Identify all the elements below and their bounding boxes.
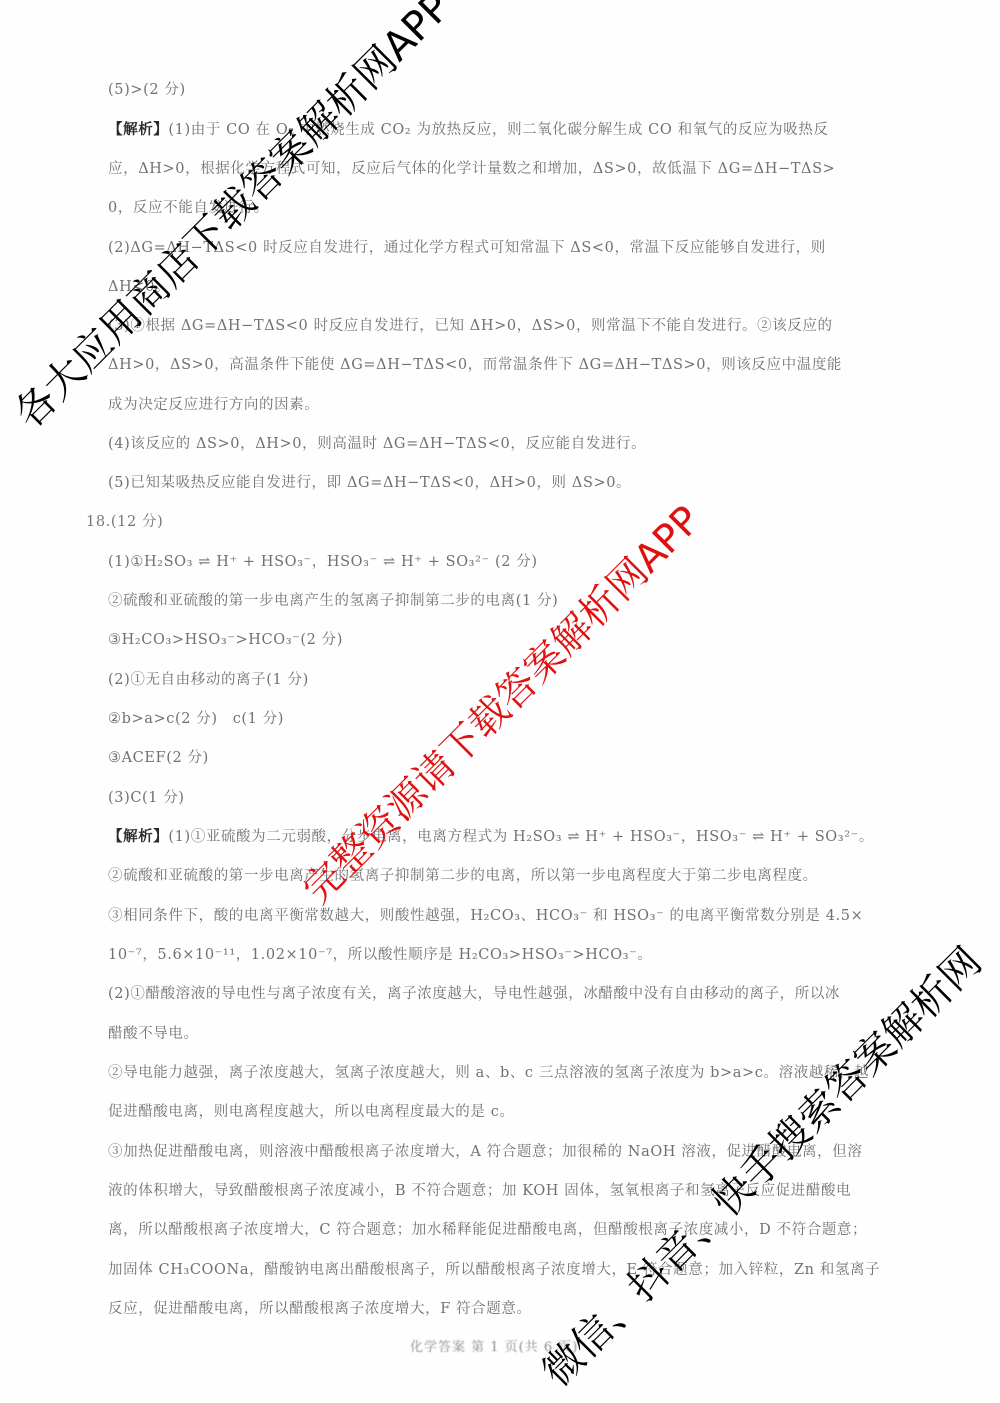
q18-header: 18.(12 分) — [86, 512, 163, 532]
line-text: (5)>(2 分) — [108, 82, 186, 98]
line-text: (1)①H₂SO₃ ⇌ H⁺ + HSO₃⁻，HSO₃⁻ ⇌ H⁺ + SO₃²… — [108, 554, 538, 570]
q18-3: (3)C(1 分) — [108, 788, 185, 808]
q18-2-1: (2)①无自由移动的离子(1 分) — [108, 670, 309, 690]
q18-analysis-3d: 加固体 CH₃COONa，醋酸钠电离出醋酸根离子，所以醋酸根离子浓度增大，E 符… — [108, 1260, 880, 1280]
q17-5-answer: (5)>(2 分) — [108, 80, 186, 100]
q18-2-2: ②b>a>c(2 分) c(1 分) — [108, 709, 284, 729]
analysis-tag: 【解析】 — [108, 121, 168, 138]
q18-analysis-1d: 10⁻⁷，5.6×10⁻¹¹，1.02×10⁻⁷，所以酸性顺序是 H₂CO₃>H… — [108, 945, 653, 965]
q18-analysis-1b: ②硫酸和亚硫酸的第一步电离产生的氢离子抑制第二步的电离，所以第一步电离程度大于第… — [108, 866, 818, 886]
q17-analysis-2b: ΔH<0。 — [108, 277, 170, 297]
line-text: (2)①醋酸溶液的导电性与离子浓度有关，离子浓度越大，导电性越强，冰醋酸中没有自… — [108, 986, 840, 1002]
q18-analysis-3c: 离，所以醋酸根离子浓度增大，C 符合题意；加水稀释能促进醋酸电离，但醋酸根离子浓… — [108, 1220, 867, 1240]
line-text: (2)ΔG=ΔH−TΔS<0 时反应自发进行，通过化学方程式可知常温下 ΔS<0… — [108, 240, 826, 256]
line-text: ②b>a>c(2 分) c(1 分) — [108, 711, 284, 727]
line-text: 离，所以醋酸根离子浓度增大，C 符合题意；加水稀释能促进醋酸电离，但醋酸根离子浓… — [108, 1222, 867, 1238]
q18-analysis-1a: 【解析】(1)①亚硫酸为二元弱酸，分步电离，电离方程式为 H₂SO₃ ⇌ H⁺ … — [108, 827, 874, 847]
q18-2-3: ③ACEF(2 分) — [108, 748, 209, 768]
q17-analysis-2a: (2)ΔG=ΔH−TΔS<0 时反应自发进行，通过化学方程式可知常温下 ΔS<0… — [108, 238, 826, 258]
q18-analysis-3b: 液的体积增大，导致醋酸根离子浓度减小，B 不符合题意；加 KOH 固体，氢氧根离… — [108, 1181, 851, 1201]
q17-analysis-3c: 成为决定反应进行方向的因素。 — [108, 395, 319, 415]
analysis-tag: 【解析】 — [108, 828, 168, 845]
line-text: ③加热促进醋酸电离，则溶液中醋酸根离子浓度增大，A 符合题意；加很稀的 NaOH… — [108, 1144, 862, 1160]
q17-analysis-1b: 应，ΔH>0，根据化学方程式可知，反应后气体的化学计量数之和增加，ΔS>0，故低… — [108, 159, 835, 179]
line-text: ③ACEF(2 分) — [108, 750, 209, 766]
line-text: (3)①根据 ΔG=ΔH−TΔS<0 时反应自发进行，已知 ΔH>0，ΔS>0，… — [108, 318, 833, 334]
q18-1-1: (1)①H₂SO₃ ⇌ H⁺ + HSO₃⁻，HSO₃⁻ ⇌ H⁺ + SO₃²… — [108, 552, 538, 572]
line-text: 加固体 CH₃COONa，醋酸钠电离出醋酸根离子，所以醋酸根离子浓度增大，E 符… — [108, 1262, 880, 1278]
q17-analysis-3a: (3)①根据 ΔG=ΔH−TΔS<0 时反应自发进行，已知 ΔH>0，ΔS>0，… — [108, 316, 833, 336]
line-text: ΔH<0。 — [108, 279, 170, 295]
page-footer: 化学答案 第 1 页(共 6 页) — [410, 1336, 578, 1355]
line-text: ②硫酸和亚硫酸的第一步电离产生的氢离子抑制第二步的电离(1 分) — [108, 593, 558, 609]
q18-analysis-3a: ③加热促进醋酸电离，则溶液中醋酸根离子浓度增大，A 符合题意；加很稀的 NaOH… — [108, 1142, 862, 1162]
line-text: 10⁻⁷，5.6×10⁻¹¹，1.02×10⁻⁷，所以酸性顺序是 H₂CO₃>H… — [108, 947, 653, 963]
q17-analysis-1c: 0，反应不能自发进行。 — [108, 198, 269, 218]
q18-analysis-1c: ③相同条件下，酸的电离平衡常数越大，则酸性越强，H₂CO₃、HCO₃⁻ 和 HS… — [108, 906, 863, 926]
q18-analysis-3e: 反应，促进醋酸电离，所以醋酸根离子浓度增大，F 符合题意。 — [108, 1299, 532, 1319]
q17-analysis-1a: 【解析】(1)由于 CO 在 O₂ 中燃烧生成 CO₂ 为放热反应，则二氧化碳分… — [108, 120, 829, 140]
line-text: ③H₂CO₃>HSO₃⁻>HCO₃⁻(2 分) — [108, 632, 343, 648]
line-text: ③相同条件下，酸的电离平衡常数越大，则酸性越强，H₂CO₃、HCO₃⁻ 和 HS… — [108, 908, 863, 924]
line-text: (2)①无自由移动的离子(1 分) — [108, 672, 309, 688]
line-text: 成为决定反应进行方向的因素。 — [108, 397, 319, 413]
line-text: 醋酸不导电。 — [108, 1026, 199, 1042]
q17-analysis-3b: ΔH>0，ΔS>0，高温条件下能使 ΔG=ΔH−TΔS<0，而常温条件下 ΔG=… — [108, 355, 842, 375]
q18-1-2: ②硫酸和亚硫酸的第一步电离产生的氢离子抑制第二步的电离(1 分) — [108, 591, 558, 611]
document-page: (5)>(2 分) 【解析】(1)由于 CO 在 O₂ 中燃烧生成 CO₂ 为放… — [0, 0, 1000, 1403]
line-text: ②导电能力越强，离子浓度越大，氢离子浓度越大，则 a、b、c 三点溶液的氢离子浓… — [108, 1065, 869, 1081]
line-text: 液的体积增大，导致醋酸根离子浓度减小，B 不符合题意；加 KOH 固体，氢氧根离… — [108, 1183, 851, 1199]
line-text: 反应，促进醋酸电离，所以醋酸根离子浓度增大，F 符合题意。 — [108, 1301, 532, 1317]
line-text: 应，ΔH>0，根据化学方程式可知，反应后气体的化学计量数之和增加，ΔS>0，故低… — [108, 161, 835, 177]
line-text: (4)该反应的 ΔS>0，ΔH>0，则高温时 ΔG=ΔH−TΔS<0，反应能自发… — [108, 436, 646, 452]
line-text: (1)由于 CO 在 O₂ 中燃烧生成 CO₂ 为放热反应，则二氧化碳分解生成 … — [168, 122, 828, 138]
line-text: ②硫酸和亚硫酸的第一步电离产生的氢离子抑制第二步的电离，所以第一步电离程度大于第… — [108, 868, 818, 884]
q18-analysis-2d: 促进醋酸电离，则电离程度越大，所以电离程度最大的是 c。 — [108, 1102, 515, 1122]
q17-analysis-4: (4)该反应的 ΔS>0，ΔH>0，则高温时 ΔG=ΔH−TΔS<0，反应能自发… — [108, 434, 646, 454]
line-text: (3)C(1 分) — [108, 790, 185, 806]
line-text: 0，反应不能自发进行。 — [108, 200, 269, 216]
q18-1-3: ③H₂CO₃>HSO₃⁻>HCO₃⁻(2 分) — [108, 630, 343, 650]
q17-analysis-5: (5)已知某吸热反应能自发进行，即 ΔG=ΔH−TΔS<0，ΔH>0，则 ΔS>… — [108, 473, 631, 493]
q18-analysis-2a: (2)①醋酸溶液的导电性与离子浓度有关，离子浓度越大，导电性越强，冰醋酸中没有自… — [108, 984, 840, 1004]
line-text: (5)已知某吸热反应能自发进行，即 ΔG=ΔH−TΔS<0，ΔH>0，则 ΔS>… — [108, 475, 631, 491]
line-text: 18.(12 分) — [86, 514, 163, 530]
line-text: 促进醋酸电离，则电离程度越大，所以电离程度最大的是 c。 — [108, 1104, 515, 1120]
line-text: ΔH>0，ΔS>0，高温条件下能使 ΔG=ΔH−TΔS<0，而常温条件下 ΔG=… — [108, 357, 842, 373]
q18-analysis-2b: 醋酸不导电。 — [108, 1024, 199, 1044]
q18-analysis-2c: ②导电能力越强，离子浓度越大，氢离子浓度越大，则 a、b、c 三点溶液的氢离子浓… — [108, 1063, 869, 1083]
line-text: (1)①亚硫酸为二元弱酸，分步电离，电离方程式为 H₂SO₃ ⇌ H⁺ + HS… — [168, 829, 874, 845]
